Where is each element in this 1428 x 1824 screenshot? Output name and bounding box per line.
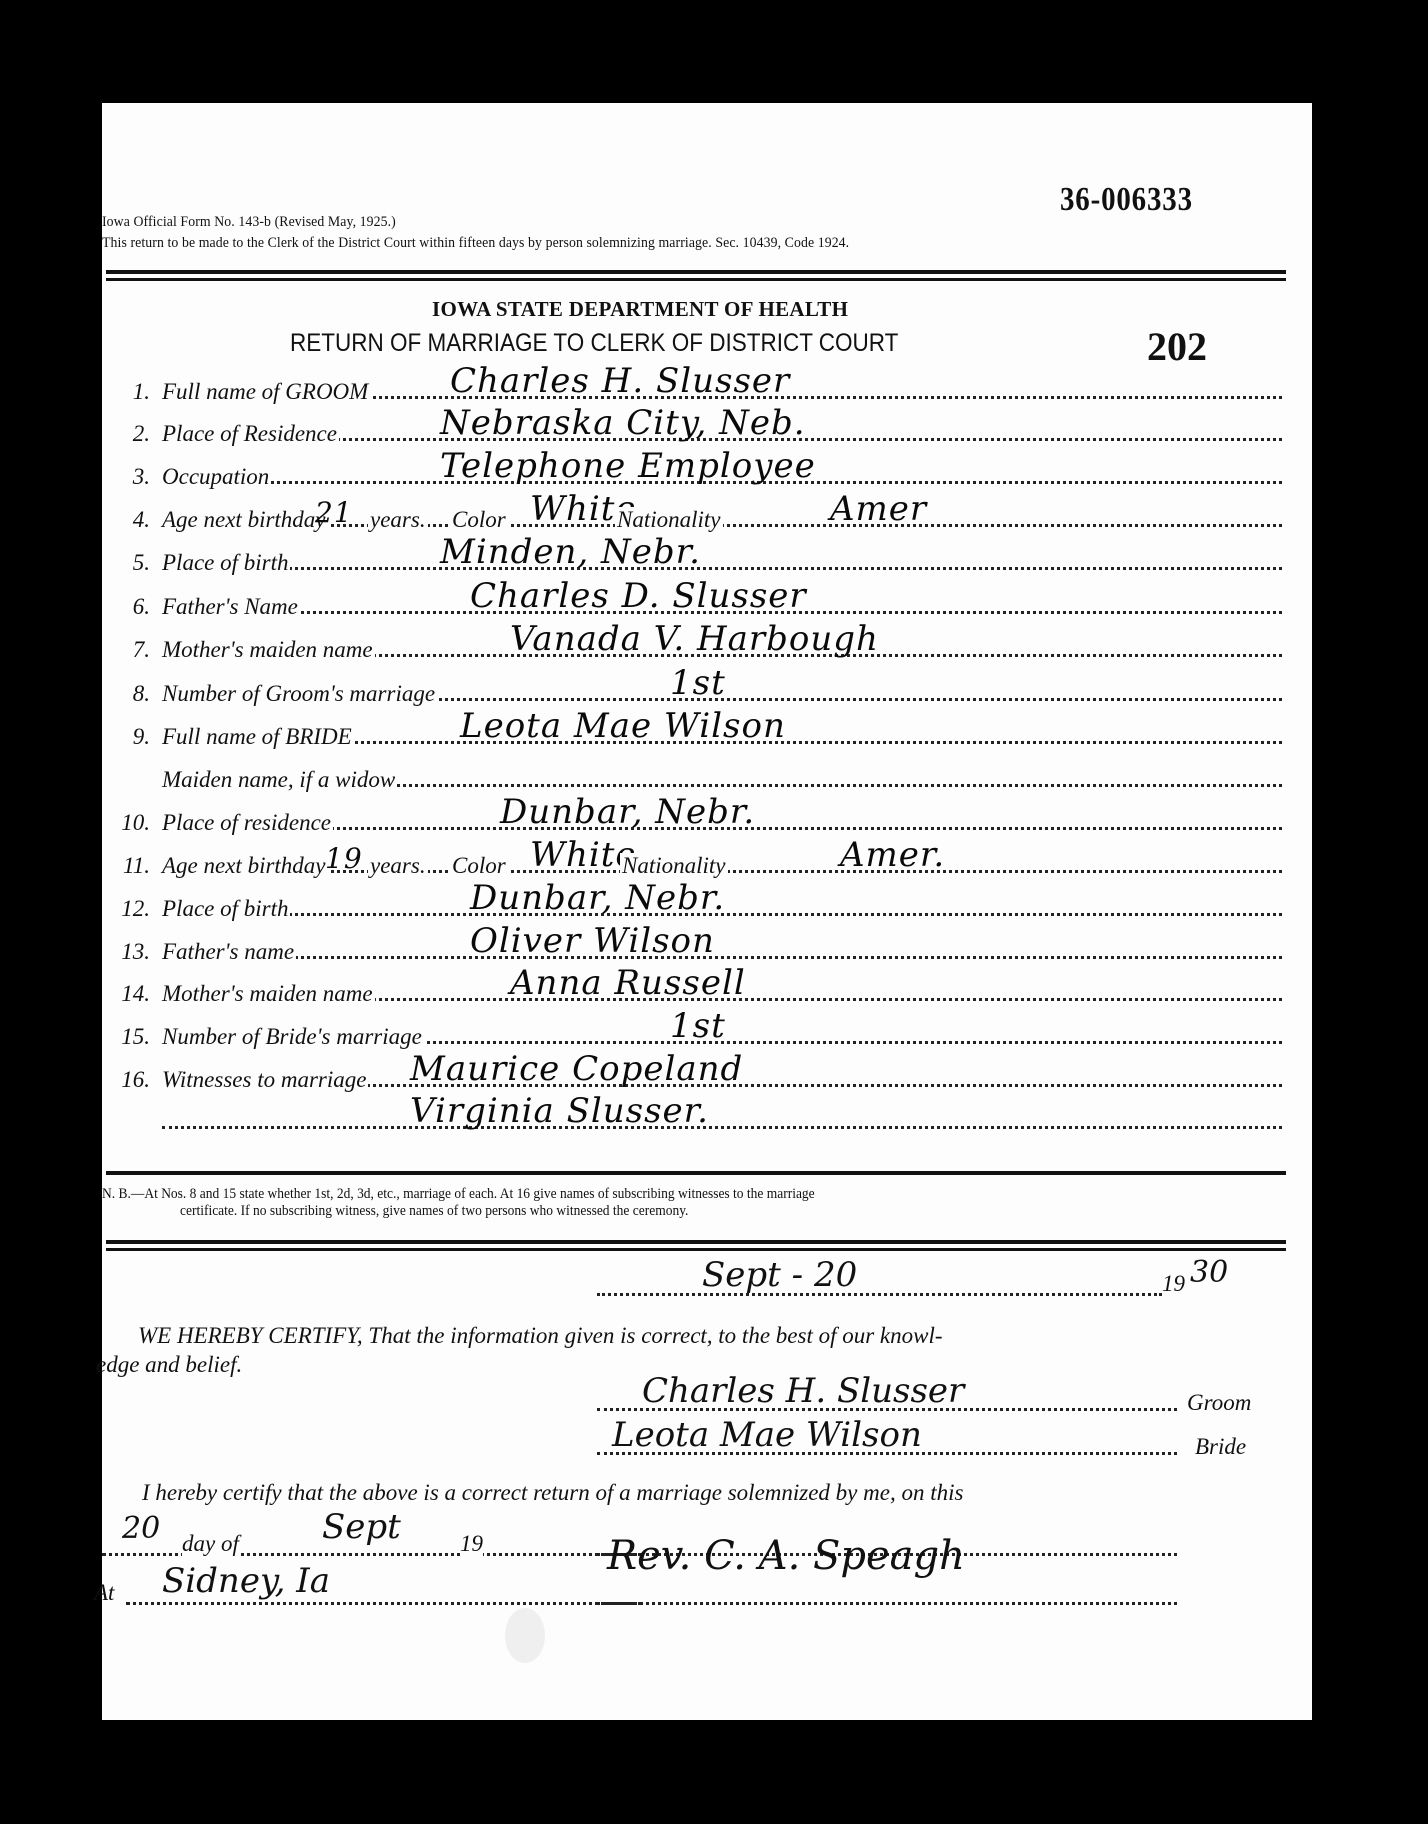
officiant-certify-text: I hereby certify that the above is a cor… — [142, 1480, 963, 1506]
field-value[interactable]: Anna Russell — [510, 963, 746, 1003]
field-value[interactable]: 1st — [670, 1006, 726, 1046]
field-value[interactable]: Dunbar, Nebr. — [470, 878, 725, 918]
field-row: 1.Full name of GROOMCharles H. Slusser — [110, 365, 1282, 405]
register-number: 202 — [1147, 323, 1207, 370]
field-value[interactable]: Charles D. Slusser — [470, 576, 807, 616]
field-row: 9.Full name of BRIDELeota Mae Wilson — [110, 710, 1282, 750]
year-19-label: 19 — [460, 1531, 483, 1557]
certification-date[interactable]: Sept - 20 — [702, 1255, 857, 1295]
field-label: Age next birthday — [162, 853, 328, 879]
field-row: Virginia Slusser. — [110, 1095, 1282, 1135]
field-number: 1. — [110, 379, 150, 405]
at-label: At — [94, 1580, 114, 1606]
field-value[interactable]: Dunbar, Nebr. — [500, 792, 755, 832]
field-number: 16. — [110, 1067, 150, 1093]
field-row: Maiden name, if a widow — [110, 753, 1282, 793]
marriage-return-document: Iowa Official Form No. 143-b (Revised Ma… — [102, 103, 1312, 1720]
note-line-1: N. B.—At Nos. 8 and 15 state whether 1st… — [102, 1186, 815, 1203]
field-number: 9. — [110, 724, 150, 750]
color-label: Color — [450, 507, 508, 533]
groom-signature[interactable]: Charles H. Slusser — [642, 1371, 964, 1411]
date-line — [597, 1293, 1162, 1296]
field-row: 4.Age next birthday21years.ColorWhiteNat… — [110, 493, 1282, 533]
month-value[interactable]: Sept — [322, 1507, 401, 1547]
field-row: 16.Witnesses to marriageMaurice Copeland — [110, 1053, 1282, 1093]
nationality-value[interactable]: Amer. — [840, 835, 945, 875]
years-label: years. — [368, 853, 428, 879]
field-label: Full name of GROOM — [162, 379, 370, 405]
note-line-2: certificate. If no subscribing witness, … — [180, 1203, 688, 1220]
certify-text-line-1: WE HEREBY CERTIFY, That the information … — [138, 1323, 943, 1349]
field-number: 3. — [110, 464, 150, 490]
year-prefix: 19 — [1162, 1271, 1185, 1297]
field-row: 8.Number of Groom's marriage1st — [110, 667, 1282, 707]
field-value[interactable]: Oliver Wilson — [470, 921, 715, 961]
field-label: Number of Bride's marriage — [162, 1024, 424, 1050]
field-number: 14. — [110, 981, 150, 1007]
field-row: 12.Place of birthDunbar, Nebr. — [110, 882, 1282, 922]
document-title: RETURN OF MARRIAGE TO CLERK OF DISTRICT … — [290, 329, 898, 358]
place-value[interactable]: Sidney, Ia — [162, 1561, 330, 1601]
field-row: 14.Mother's maiden nameAnna Russell — [110, 967, 1282, 1007]
certify-text-line-2: edge and belief. — [96, 1352, 242, 1378]
field-row: 10.Place of residenceDunbar, Nebr. — [110, 796, 1282, 836]
officiant-signature[interactable]: Rev. C. A. Speagh — [607, 1533, 965, 1579]
bride-label: Bride — [1195, 1434, 1246, 1460]
day-value[interactable]: 20 — [122, 1511, 160, 1546]
nationality-label: Nationality — [620, 853, 728, 879]
field-row: 6.Father's NameCharles D. Slusser — [110, 580, 1282, 620]
note-rule-bottom-1 — [106, 1240, 1286, 1244]
field-value[interactable]: Virginia Slusser. — [410, 1091, 709, 1131]
day-of-label: day of — [182, 1531, 239, 1557]
bride-signature[interactable]: Leota Mae Wilson — [612, 1415, 922, 1455]
field-row: 7.Mother's maiden nameVanada V. Harbough — [110, 623, 1282, 663]
field-label: Place of Residence — [162, 421, 339, 447]
nationality-label: Nationality — [615, 507, 723, 533]
nationality-value[interactable]: Amer — [830, 489, 927, 529]
field-value[interactable]: Vanada V. Harbough — [510, 619, 879, 659]
field-value[interactable]: 1st — [670, 663, 726, 703]
field-label: Father's Name — [162, 594, 300, 620]
field-number: 11. — [110, 853, 150, 879]
header-rule-top — [106, 270, 1286, 274]
field-row: 5.Place of birthMinden, Nebr. — [110, 536, 1282, 576]
field-label: Number of Groom's marriage — [162, 681, 437, 707]
certificate-number: 36-006333 — [1060, 181, 1193, 219]
ink-smudge — [505, 1608, 545, 1663]
age-value[interactable]: 19 — [325, 842, 363, 875]
fill-line — [162, 1126, 1282, 1129]
field-row: 2.Place of ResidenceNebraska City, Neb. — [110, 407, 1282, 447]
fill-line — [162, 956, 1282, 959]
field-label: Witnesses to marriage — [162, 1067, 368, 1093]
field-row: 13.Father's nameOliver Wilson — [110, 925, 1282, 965]
field-number: 10. — [110, 810, 150, 836]
field-label: Mother's maiden name — [162, 981, 375, 1007]
fill-line — [162, 567, 1282, 570]
field-number: 7. — [110, 637, 150, 663]
field-label: Father's name — [162, 939, 296, 965]
field-number: 5. — [110, 550, 150, 576]
field-number: 15. — [110, 1024, 150, 1050]
form-number: Iowa Official Form No. 143-b (Revised Ma… — [102, 214, 396, 231]
note-rule-bottom-2 — [106, 1248, 1286, 1251]
color-label: Color — [450, 853, 508, 879]
field-value[interactable]: Telephone Employee — [440, 446, 816, 486]
field-label: Place of birth — [162, 896, 290, 922]
field-value[interactable]: Leota Mae Wilson — [460, 706, 786, 746]
field-label: Maiden name, if a widow — [162, 767, 397, 793]
field-number: 13. — [110, 939, 150, 965]
filing-instruction: This return to be made to the Clerk of t… — [102, 235, 849, 252]
field-value[interactable]: Nebraska City, Neb. — [440, 403, 806, 443]
field-row: 15.Number of Bride's marriage1st — [110, 1010, 1282, 1050]
field-number: 12. — [110, 896, 150, 922]
year-value[interactable]: 30 — [1190, 1255, 1228, 1290]
age-value[interactable]: 21 — [315, 496, 353, 529]
field-number: 2. — [110, 421, 150, 447]
field-row: 11.Age next birthday19years.ColorWhiteNa… — [110, 839, 1282, 879]
field-label: Age next birthday — [162, 507, 328, 533]
field-value[interactable]: Maurice Copeland — [410, 1049, 743, 1089]
field-row: 3.OccupationTelephone Employee — [110, 450, 1282, 490]
field-label: Mother's maiden name — [162, 637, 375, 663]
field-value[interactable]: Minden, Nebr. — [440, 532, 701, 572]
field-value[interactable]: Charles H. Slusser — [450, 361, 790, 401]
years-label: years. — [368, 507, 428, 533]
field-label: Full name of BRIDE — [162, 724, 354, 750]
field-number: 6. — [110, 594, 150, 620]
field-label: Occupation — [162, 464, 271, 490]
field-label: Place of residence — [162, 810, 333, 836]
field-number: 4. — [110, 507, 150, 533]
groom-label: Groom — [1187, 1390, 1251, 1416]
field-label: Place of birth — [162, 550, 290, 576]
field-number: 8. — [110, 681, 150, 707]
note-rule-top — [106, 1171, 1286, 1175]
officiant-line-2 — [597, 1602, 1177, 1605]
place-line — [126, 1602, 642, 1605]
department-heading: IOWA STATE DEPARTMENT OF HEALTH — [432, 297, 848, 322]
header-rule-bottom — [106, 278, 1286, 281]
